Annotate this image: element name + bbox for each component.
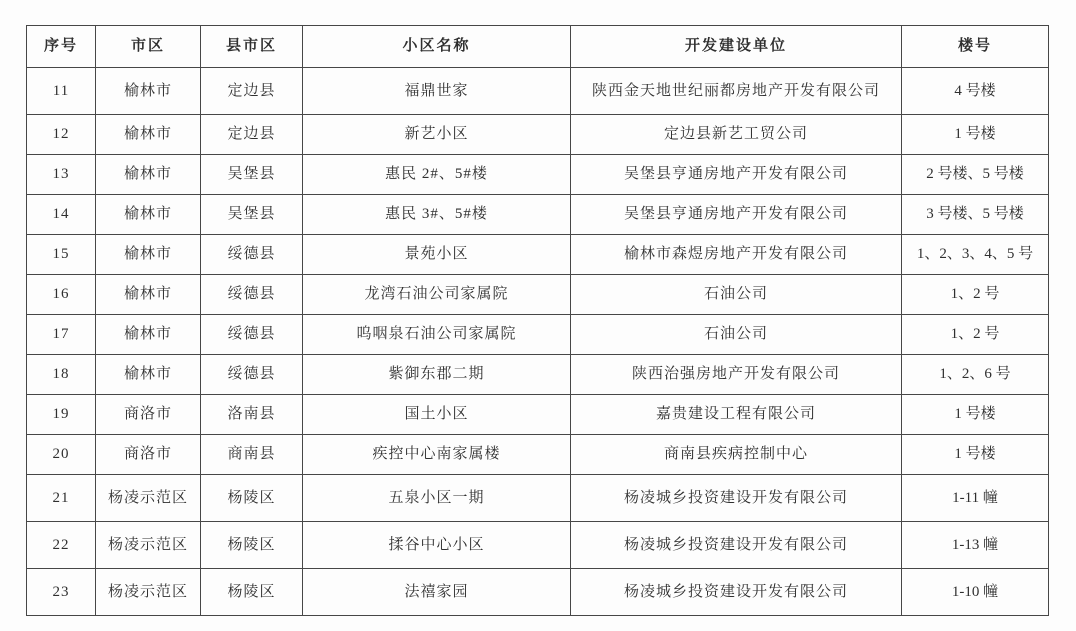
cell-seq: 13 — [27, 155, 96, 195]
cell-building: 1 号楼 — [902, 115, 1049, 155]
cell-city: 杨凌示范区 — [96, 569, 201, 616]
cell-county: 吴堡县 — [201, 195, 303, 235]
cell-building: 1-11 幢 — [902, 475, 1049, 522]
table-body: 11榆林市定边县福鼎世家陕西金天地世纪丽都房地产开发有限公司4 号楼12榆林市定… — [27, 68, 1049, 616]
cell-community: 呜咽泉石油公司家属院 — [303, 315, 571, 355]
cell-community: 景苑小区 — [303, 235, 571, 275]
cell-building: 1、2、3、4、5 号 — [902, 235, 1049, 275]
table-row: 21杨凌示范区杨陵区五泉小区一期杨凌城乡投资建设开发有限公司1-11 幢 — [27, 475, 1049, 522]
cell-community: 疾控中心南家属楼 — [303, 435, 571, 475]
cell-building: 2 号楼、5 号楼 — [902, 155, 1049, 195]
cell-seq: 17 — [27, 315, 96, 355]
table-row: 22杨凌示范区杨陵区揉谷中心小区杨凌城乡投资建设开发有限公司1-13 幢 — [27, 522, 1049, 569]
cell-city: 榆林市 — [96, 68, 201, 115]
cell-building: 1-13 幢 — [902, 522, 1049, 569]
column-header-county: 县市区 — [201, 26, 303, 68]
cell-building: 3 号楼、5 号楼 — [902, 195, 1049, 235]
cell-seq: 22 — [27, 522, 96, 569]
cell-developer: 石油公司 — [571, 275, 902, 315]
cell-developer: 陕西金天地世纪丽都房地产开发有限公司 — [571, 68, 902, 115]
cell-developer: 吴堡县亨通房地产开发有限公司 — [571, 155, 902, 195]
cell-building: 4 号楼 — [902, 68, 1049, 115]
cell-county: 杨陵区 — [201, 522, 303, 569]
cell-seq: 12 — [27, 115, 96, 155]
cell-county: 杨陵区 — [201, 475, 303, 522]
cell-building: 1、2 号 — [902, 275, 1049, 315]
cell-developer: 杨凌城乡投资建设开发有限公司 — [571, 475, 902, 522]
cell-community: 揉谷中心小区 — [303, 522, 571, 569]
cell-developer: 吴堡县亨通房地产开发有限公司 — [571, 195, 902, 235]
cell-community: 五泉小区一期 — [303, 475, 571, 522]
cell-city: 榆林市 — [96, 235, 201, 275]
cell-developer: 定边县新艺工贸公司 — [571, 115, 902, 155]
cell-developer: 榆林市森煜房地产开发有限公司 — [571, 235, 902, 275]
cell-city: 榆林市 — [96, 315, 201, 355]
table-row: 14榆林市吴堡县惠民 3#、5#楼吴堡县亨通房地产开发有限公司3 号楼、5 号楼 — [27, 195, 1049, 235]
table-row: 18榆林市绥德县紫御东郡二期陕西治强房地产开发有限公司1、2、6 号 — [27, 355, 1049, 395]
table-row: 16榆林市绥德县龙湾石油公司家属院石油公司1、2 号 — [27, 275, 1049, 315]
table-row: 19商洛市洛南县国土小区嘉贵建设工程有限公司1 号楼 — [27, 395, 1049, 435]
column-header-seq: 序号 — [27, 26, 96, 68]
cell-building: 1、2、6 号 — [902, 355, 1049, 395]
table-row: 17榆林市绥德县呜咽泉石油公司家属院石油公司1、2 号 — [27, 315, 1049, 355]
cell-seq: 16 — [27, 275, 96, 315]
table-row: 20商洛市商南县疾控中心南家属楼商南县疾病控制中心1 号楼 — [27, 435, 1049, 475]
cell-city: 榆林市 — [96, 115, 201, 155]
column-header-city: 市区 — [96, 26, 201, 68]
cell-county: 商南县 — [201, 435, 303, 475]
cell-county: 绥德县 — [201, 275, 303, 315]
cell-community: 法禧家园 — [303, 569, 571, 616]
cell-seq: 19 — [27, 395, 96, 435]
header-row: 序号 市区 县市区 小区名称 开发建设单位 楼号 — [27, 26, 1049, 68]
cell-city: 商洛市 — [96, 435, 201, 475]
cell-developer: 杨凌城乡投资建设开发有限公司 — [571, 522, 902, 569]
table-row: 15榆林市绥德县景苑小区榆林市森煜房地产开发有限公司1、2、3、4、5 号 — [27, 235, 1049, 275]
cell-seq: 21 — [27, 475, 96, 522]
cell-community: 福鼎世家 — [303, 68, 571, 115]
cell-city: 榆林市 — [96, 355, 201, 395]
cell-city: 杨凌示范区 — [96, 522, 201, 569]
cell-developer: 嘉贵建设工程有限公司 — [571, 395, 902, 435]
cell-seq: 14 — [27, 195, 96, 235]
document-page: 序号 市区 县市区 小区名称 开发建设单位 楼号 11榆林市定边县福鼎世家陕西金… — [0, 0, 1076, 631]
cell-community: 惠民 2#、5#楼 — [303, 155, 571, 195]
cell-building: 1、2 号 — [902, 315, 1049, 355]
cell-developer: 杨凌城乡投资建设开发有限公司 — [571, 569, 902, 616]
cell-community: 国土小区 — [303, 395, 571, 435]
cell-community: 龙湾石油公司家属院 — [303, 275, 571, 315]
cell-community: 新艺小区 — [303, 115, 571, 155]
cell-seq: 20 — [27, 435, 96, 475]
cell-building: 1 号楼 — [902, 435, 1049, 475]
table-row: 23杨凌示范区杨陵区法禧家园杨凌城乡投资建设开发有限公司1-10 幢 — [27, 569, 1049, 616]
column-header-developer: 开发建设单位 — [571, 26, 902, 68]
cell-city: 榆林市 — [96, 275, 201, 315]
cell-city: 商洛市 — [96, 395, 201, 435]
table-row: 12榆林市定边县新艺小区定边县新艺工贸公司1 号楼 — [27, 115, 1049, 155]
cell-county: 绥德县 — [201, 355, 303, 395]
cell-developer: 石油公司 — [571, 315, 902, 355]
cell-developer: 陕西治强房地产开发有限公司 — [571, 355, 902, 395]
cell-seq: 18 — [27, 355, 96, 395]
cell-developer: 商南县疾病控制中心 — [571, 435, 902, 475]
column-header-community: 小区名称 — [303, 26, 571, 68]
cell-community: 惠民 3#、5#楼 — [303, 195, 571, 235]
cell-county: 洛南县 — [201, 395, 303, 435]
cell-building: 1 号楼 — [902, 395, 1049, 435]
column-header-building: 楼号 — [902, 26, 1049, 68]
cell-county: 杨陵区 — [201, 569, 303, 616]
cell-seq: 23 — [27, 569, 96, 616]
cell-community: 紫御东郡二期 — [303, 355, 571, 395]
housing-table: 序号 市区 县市区 小区名称 开发建设单位 楼号 11榆林市定边县福鼎世家陕西金… — [26, 25, 1049, 616]
cell-seq: 11 — [27, 68, 96, 115]
cell-city: 杨凌示范区 — [96, 475, 201, 522]
cell-city: 榆林市 — [96, 195, 201, 235]
table-row: 11榆林市定边县福鼎世家陕西金天地世纪丽都房地产开发有限公司4 号楼 — [27, 68, 1049, 115]
cell-city: 榆林市 — [96, 155, 201, 195]
cell-building: 1-10 幢 — [902, 569, 1049, 616]
cell-county: 吴堡县 — [201, 155, 303, 195]
table-row: 13榆林市吴堡县惠民 2#、5#楼吴堡县亨通房地产开发有限公司2 号楼、5 号楼 — [27, 155, 1049, 195]
cell-county: 定边县 — [201, 68, 303, 115]
cell-county: 绥德县 — [201, 315, 303, 355]
cell-county: 定边县 — [201, 115, 303, 155]
cell-seq: 15 — [27, 235, 96, 275]
cell-county: 绥德县 — [201, 235, 303, 275]
